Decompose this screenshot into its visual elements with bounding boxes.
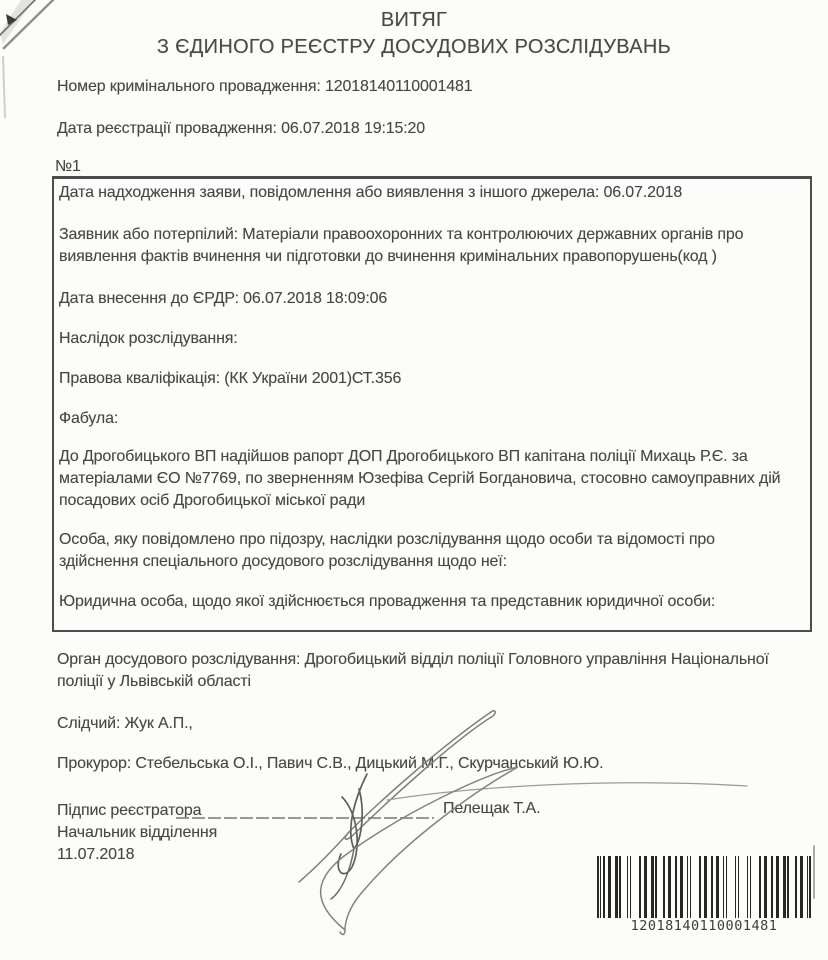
page-title: ВИТЯГ [0,7,828,34]
registration-date-value: 06.07.2018 19:15:20 [281,120,425,137]
field-suspect-info: Особа, яку повідомлено про підозру, насл… [59,529,804,573]
investigation-body-line: Орган досудового розслідування: Дрогобиц… [57,649,807,693]
field-fabula-label: Фабула: [59,408,804,430]
barcode-number: 12018140110001481 [597,918,811,934]
registrar-position: Начальник відділення [57,822,217,844]
barcode-bars [597,856,811,918]
case-number-line: Номер кримінального провадження: 1201814… [57,76,473,98]
field-claimant: Заявник або потерпілий: Матеріали правоо… [59,224,804,268]
field-date-received: Дата надходження заяви, повідомлення або… [59,182,804,204]
case-number-value: 12018140110001481 [325,78,473,95]
right-edge-scan-artifact [813,845,815,899]
registration-date-line: Дата реєстрації провадження: 06.07.2018 … [57,118,425,140]
record-index: №1 [55,156,81,178]
document-title-block: ВИТЯГ З ЄДИНОГО РЕЄСТРУ ДОСУДОВИХ РОЗСЛІ… [0,7,828,61]
record-box: Дата надходження заяви, повідомлення або… [52,176,812,632]
document-date: 11.07.2018 [57,844,134,866]
field-fabula-text: До Дрогобицького ВП надійшов рапорт ДОП … [59,446,804,512]
investigator-line: Слідчий: Жук А.П., [57,713,193,735]
field-erdr-entry-date: Дата внесення до ЄРДР: 06.07.2018 18:09:… [59,288,804,310]
field-legal-entity: Юридична особа, щодо якої здійснюється п… [59,591,804,613]
page-subtitle: З ЄДИНОГО РЕЄСТРУ ДОСУДОВИХ РОЗСЛІДУВАНЬ [0,34,828,61]
registration-date-label: Дата реєстрації провадження: [57,120,277,137]
field-investigation-result: Наслідок розслідування: [59,328,804,350]
field-legal-qualification: Правова кваліфікація: (КК України 2001)С… [59,368,804,390]
scanned-document-page: { "header": { "title": "ВИТЯГ", "subtitl… [0,0,828,960]
case-number-label: Номер кримінального провадження: [57,78,321,95]
